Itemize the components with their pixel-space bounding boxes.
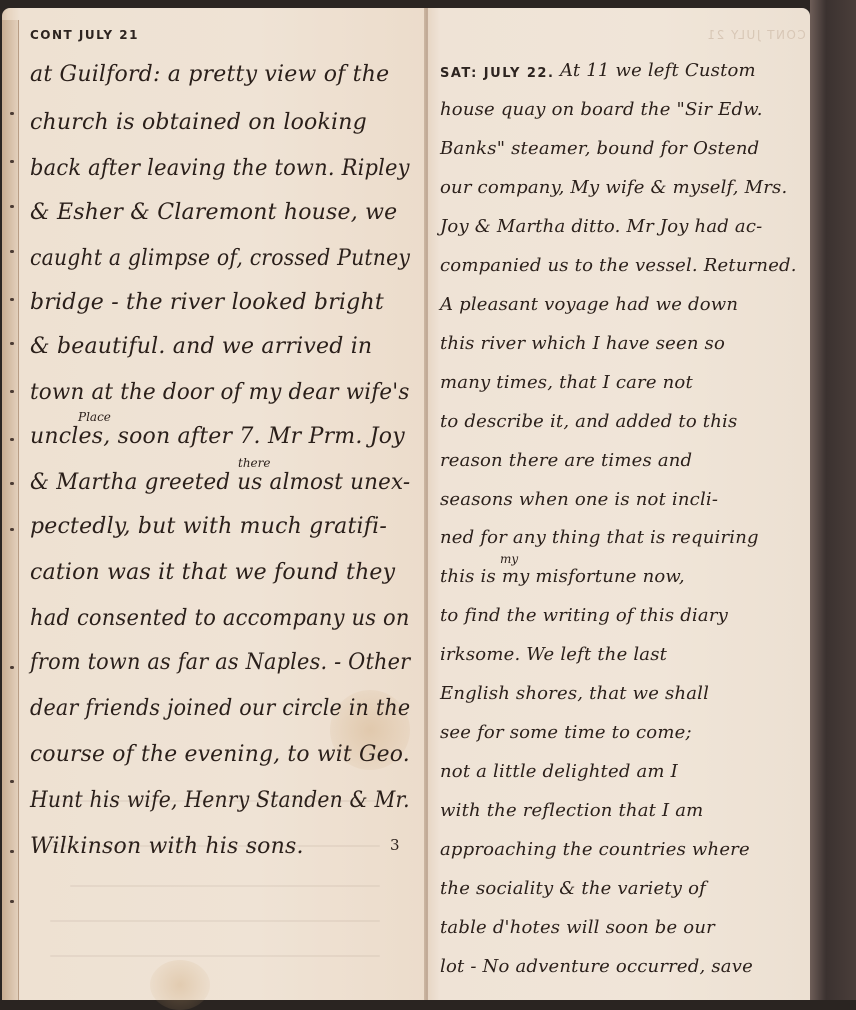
- right-line-9: many times, that I care not: [440, 372, 693, 393]
- stub-ink-mark: [10, 112, 14, 115]
- left-page-header: CONT JULY 21: [30, 28, 139, 42]
- stub-ink-mark: [10, 438, 14, 441]
- stub-ink-mark: [10, 298, 14, 301]
- left-line-15: dear friends joined our circle in the: [30, 696, 410, 721]
- right-line-7: A pleasant voyage had we down: [440, 294, 738, 315]
- right-line-17: English shores, that we shall: [440, 683, 709, 704]
- left-line-5: caught a glimpse of, crossed Putney: [30, 246, 410, 271]
- right-line-13: ned for any thing that is requiring: [440, 527, 759, 548]
- right-line-5: Joy & Martha ditto. Mr Joy had ac-: [440, 216, 762, 237]
- left-line-3: back after leaving the town. Ripley: [30, 156, 410, 181]
- right-line-24: lot - No adventure occurred, save: [440, 956, 753, 977]
- right-page-header: SAT: JULY 22.: [440, 66, 554, 81]
- right-line-14: this is my misfortune now,: [440, 566, 685, 587]
- mirrored-bleed-header: CONT JULY 21: [706, 28, 806, 42]
- left-insertion-there: there: [238, 456, 271, 470]
- diary-spread: CONT JULY 21 at Guilford: a pretty view …: [0, 0, 856, 1000]
- stub-ink-mark: [10, 160, 14, 163]
- book-edge-shadow: [810, 0, 856, 1000]
- right-line-21: approaching the countries where: [440, 839, 750, 860]
- left-line-7: & beautiful. and we arrived in: [30, 334, 372, 359]
- left-line-12: cation was it that we found they: [30, 560, 395, 585]
- right-line-8: this river which I have seen so: [440, 333, 725, 354]
- stub-ink-mark: [10, 250, 14, 253]
- bleed-through: [70, 885, 380, 887]
- stub-ink-mark: [10, 850, 14, 853]
- right-line-3: Banks" steamer, bound for Ostend: [440, 138, 759, 159]
- left-line-17: Hunt his wife, Henry Standen & Mr.: [30, 788, 410, 813]
- left-line-16: course of the evening, to wit Geo.: [30, 742, 410, 767]
- right-line-12: seasons when one is not incli-: [440, 489, 718, 510]
- left-line-1: at Guilford: a pretty view of the: [30, 62, 389, 87]
- stub-ink-mark: [10, 780, 14, 783]
- right-line-6: companied us to the vessel. Returned.: [440, 255, 797, 276]
- stub-ink-mark: [10, 205, 14, 208]
- right-line-2: house quay on board the "Sir Edw.: [440, 99, 763, 120]
- bleed-through: [50, 955, 380, 957]
- right-line-16: irksome. We left the last: [440, 644, 667, 665]
- right-line-15: to find the writing of this diary: [440, 605, 728, 626]
- left-line-11: pectedly, but with much gratifi-: [30, 514, 387, 539]
- stub-ink-mark: [10, 666, 14, 669]
- left-line-6: bridge - the river looked bright: [30, 290, 384, 315]
- stub-ink-mark: [10, 342, 14, 345]
- stub-ink-mark: [10, 528, 14, 531]
- left-line-4: & Esher & Claremont house, we: [30, 200, 397, 225]
- page-number: 3: [390, 836, 400, 854]
- right-line-19: not a little delighted am I: [440, 761, 678, 782]
- left-line-18: Wilkinson with his sons.: [30, 834, 304, 859]
- right-line-10: to describe it, and added to this: [440, 411, 737, 432]
- right-line-11: reason there are times and: [440, 450, 692, 471]
- left-line-13: had consented to accompany us on: [30, 606, 410, 631]
- left-line-2: church is obtained on looking: [30, 110, 367, 135]
- right-line-1: At 11 we left Custom: [560, 60, 756, 81]
- left-line-10: & Martha greeted us almost unex-: [30, 470, 410, 495]
- right-line-23: table d'hotes will soon be our: [440, 917, 715, 938]
- left-insertion-place: Place: [78, 410, 111, 424]
- left-line-8: town at the door of my dear wife's: [30, 380, 410, 405]
- stub-ink-mark: [10, 390, 14, 393]
- right-insertion-my: my: [500, 552, 518, 566]
- stub-ink-mark: [10, 482, 14, 485]
- right-line-18: see for some time to come;: [440, 722, 692, 743]
- stub-ink-mark: [10, 900, 14, 903]
- right-line-20: with the reflection that I am: [440, 800, 703, 821]
- bleed-through: [50, 920, 380, 922]
- right-line-4: our company, My wife & myself, Mrs.: [440, 177, 787, 198]
- right-line-22: the sociality & the variety of: [440, 878, 706, 899]
- torn-page-stub: [2, 20, 19, 1000]
- left-line-9: uncles, soon after 7. Mr Prm. Joy: [30, 424, 405, 449]
- left-line-14: from town as far as Naples. - Other: [30, 650, 410, 675]
